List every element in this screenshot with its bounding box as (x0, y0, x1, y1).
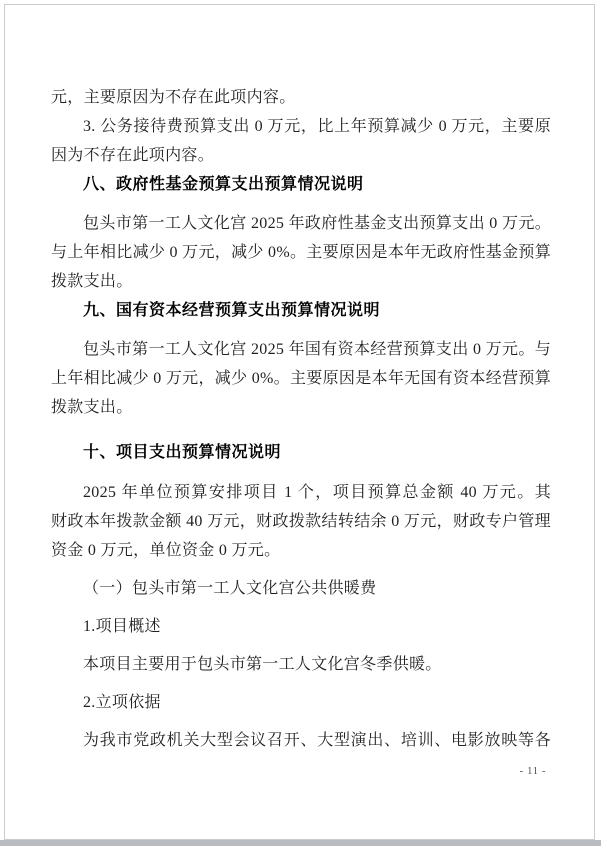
page-number: - 11 - (51, 764, 551, 779)
text-line: 因为不存在此项内容。 (51, 141, 551, 170)
paragraph: 1.项目概述 (51, 612, 551, 641)
section-heading: 十、项目支出预算情况说明 (51, 438, 551, 467)
text-line: 为我市党政机关大型会议召开、大型演出、培训、电影放映等各 (51, 726, 551, 755)
section-heading: 九、国有资本经营预算支出预算情况说明 (51, 296, 551, 325)
text-line: 与上年相比减少 0 万元，减少 0%。主要原因是本年无政府性基金预算 (51, 238, 551, 267)
text-line: 本项目主要用于包头市第一工人文化宫冬季供暖。 (51, 650, 551, 679)
paragraph: 3. 公务接待费预算支出 0 万元，比上年预算减少 0 万元，主要原因为不存在此… (51, 112, 551, 170)
text-line: 拨款支出。 (51, 267, 551, 296)
paragraph: 包头市第一工人文化宫 2025 年国有资本经营预算支出 0 万元。与上年相比减少… (51, 335, 551, 422)
paragraph: 2025 年单位预算安排项目 1 个，项目预算总金额 40 万元。其中，财政本年… (51, 478, 551, 565)
text-line: 拨款支出。 (51, 393, 551, 422)
text-line: 资金 0 万元，单位资金 0 万元。 (51, 536, 551, 565)
section-heading-text: 八、政府性基金预算支出预算情况说明 (51, 170, 551, 199)
paragraph: 元，主要原因为不存在此项内容。 (51, 83, 551, 112)
text-line: 上年相比减少 0 万元，减少 0%。主要原因是本年无国有资本经营预算 (51, 364, 551, 393)
section-heading-text: 十、项目支出预算情况说明 (51, 438, 551, 467)
text-line: 包头市第一工人文化宫 2025 年国有资本经营预算支出 0 万元。与 (51, 335, 551, 364)
document-page: 元，主要原因为不存在此项内容。3. 公务接待费预算支出 0 万元，比上年预算减少… (4, 4, 595, 840)
paragraph: 包头市第一工人文化宫 2025 年政府性基金支出预算支出 0 万元。与上年相比减… (51, 209, 551, 296)
paragraph: 2.立项依据 (51, 688, 551, 717)
text-line: （一）包头市第一工人文化宫公共供暖费 (51, 574, 551, 603)
paragraph: （一）包头市第一工人文化宫公共供暖费 (51, 574, 551, 603)
text-line: 元，主要原因为不存在此项内容。 (51, 83, 551, 112)
text-line: 1.项目概述 (51, 612, 551, 641)
document-body: 元，主要原因为不存在此项内容。3. 公务接待费预算支出 0 万元，比上年预算减少… (51, 83, 551, 779)
text-line: 财政本年拨款金额 40 万元，财政拨款结转结余 0 万元，财政专户管理 (51, 507, 551, 536)
text-line: 包头市第一工人文化宫 2025 年政府性基金支出预算支出 0 万元。 (51, 209, 551, 238)
section-heading-text: 九、国有资本经营预算支出预算情况说明 (51, 296, 551, 325)
text-line: 3. 公务接待费预算支出 0 万元，比上年预算减少 0 万元，主要原 (51, 112, 551, 141)
paragraph: 本项目主要用于包头市第一工人文化宫冬季供暖。 (51, 650, 551, 679)
viewer-bottom-strip (0, 840, 601, 846)
text-line: 2.立项依据 (51, 688, 551, 717)
section-heading: 八、政府性基金预算支出预算情况说明 (51, 170, 551, 199)
text-line: 2025 年单位预算安排项目 1 个，项目预算总金额 40 万元。其中， (51, 478, 551, 507)
paragraph: 为我市党政机关大型会议召开、大型演出、培训、电影放映等各 (51, 726, 551, 755)
